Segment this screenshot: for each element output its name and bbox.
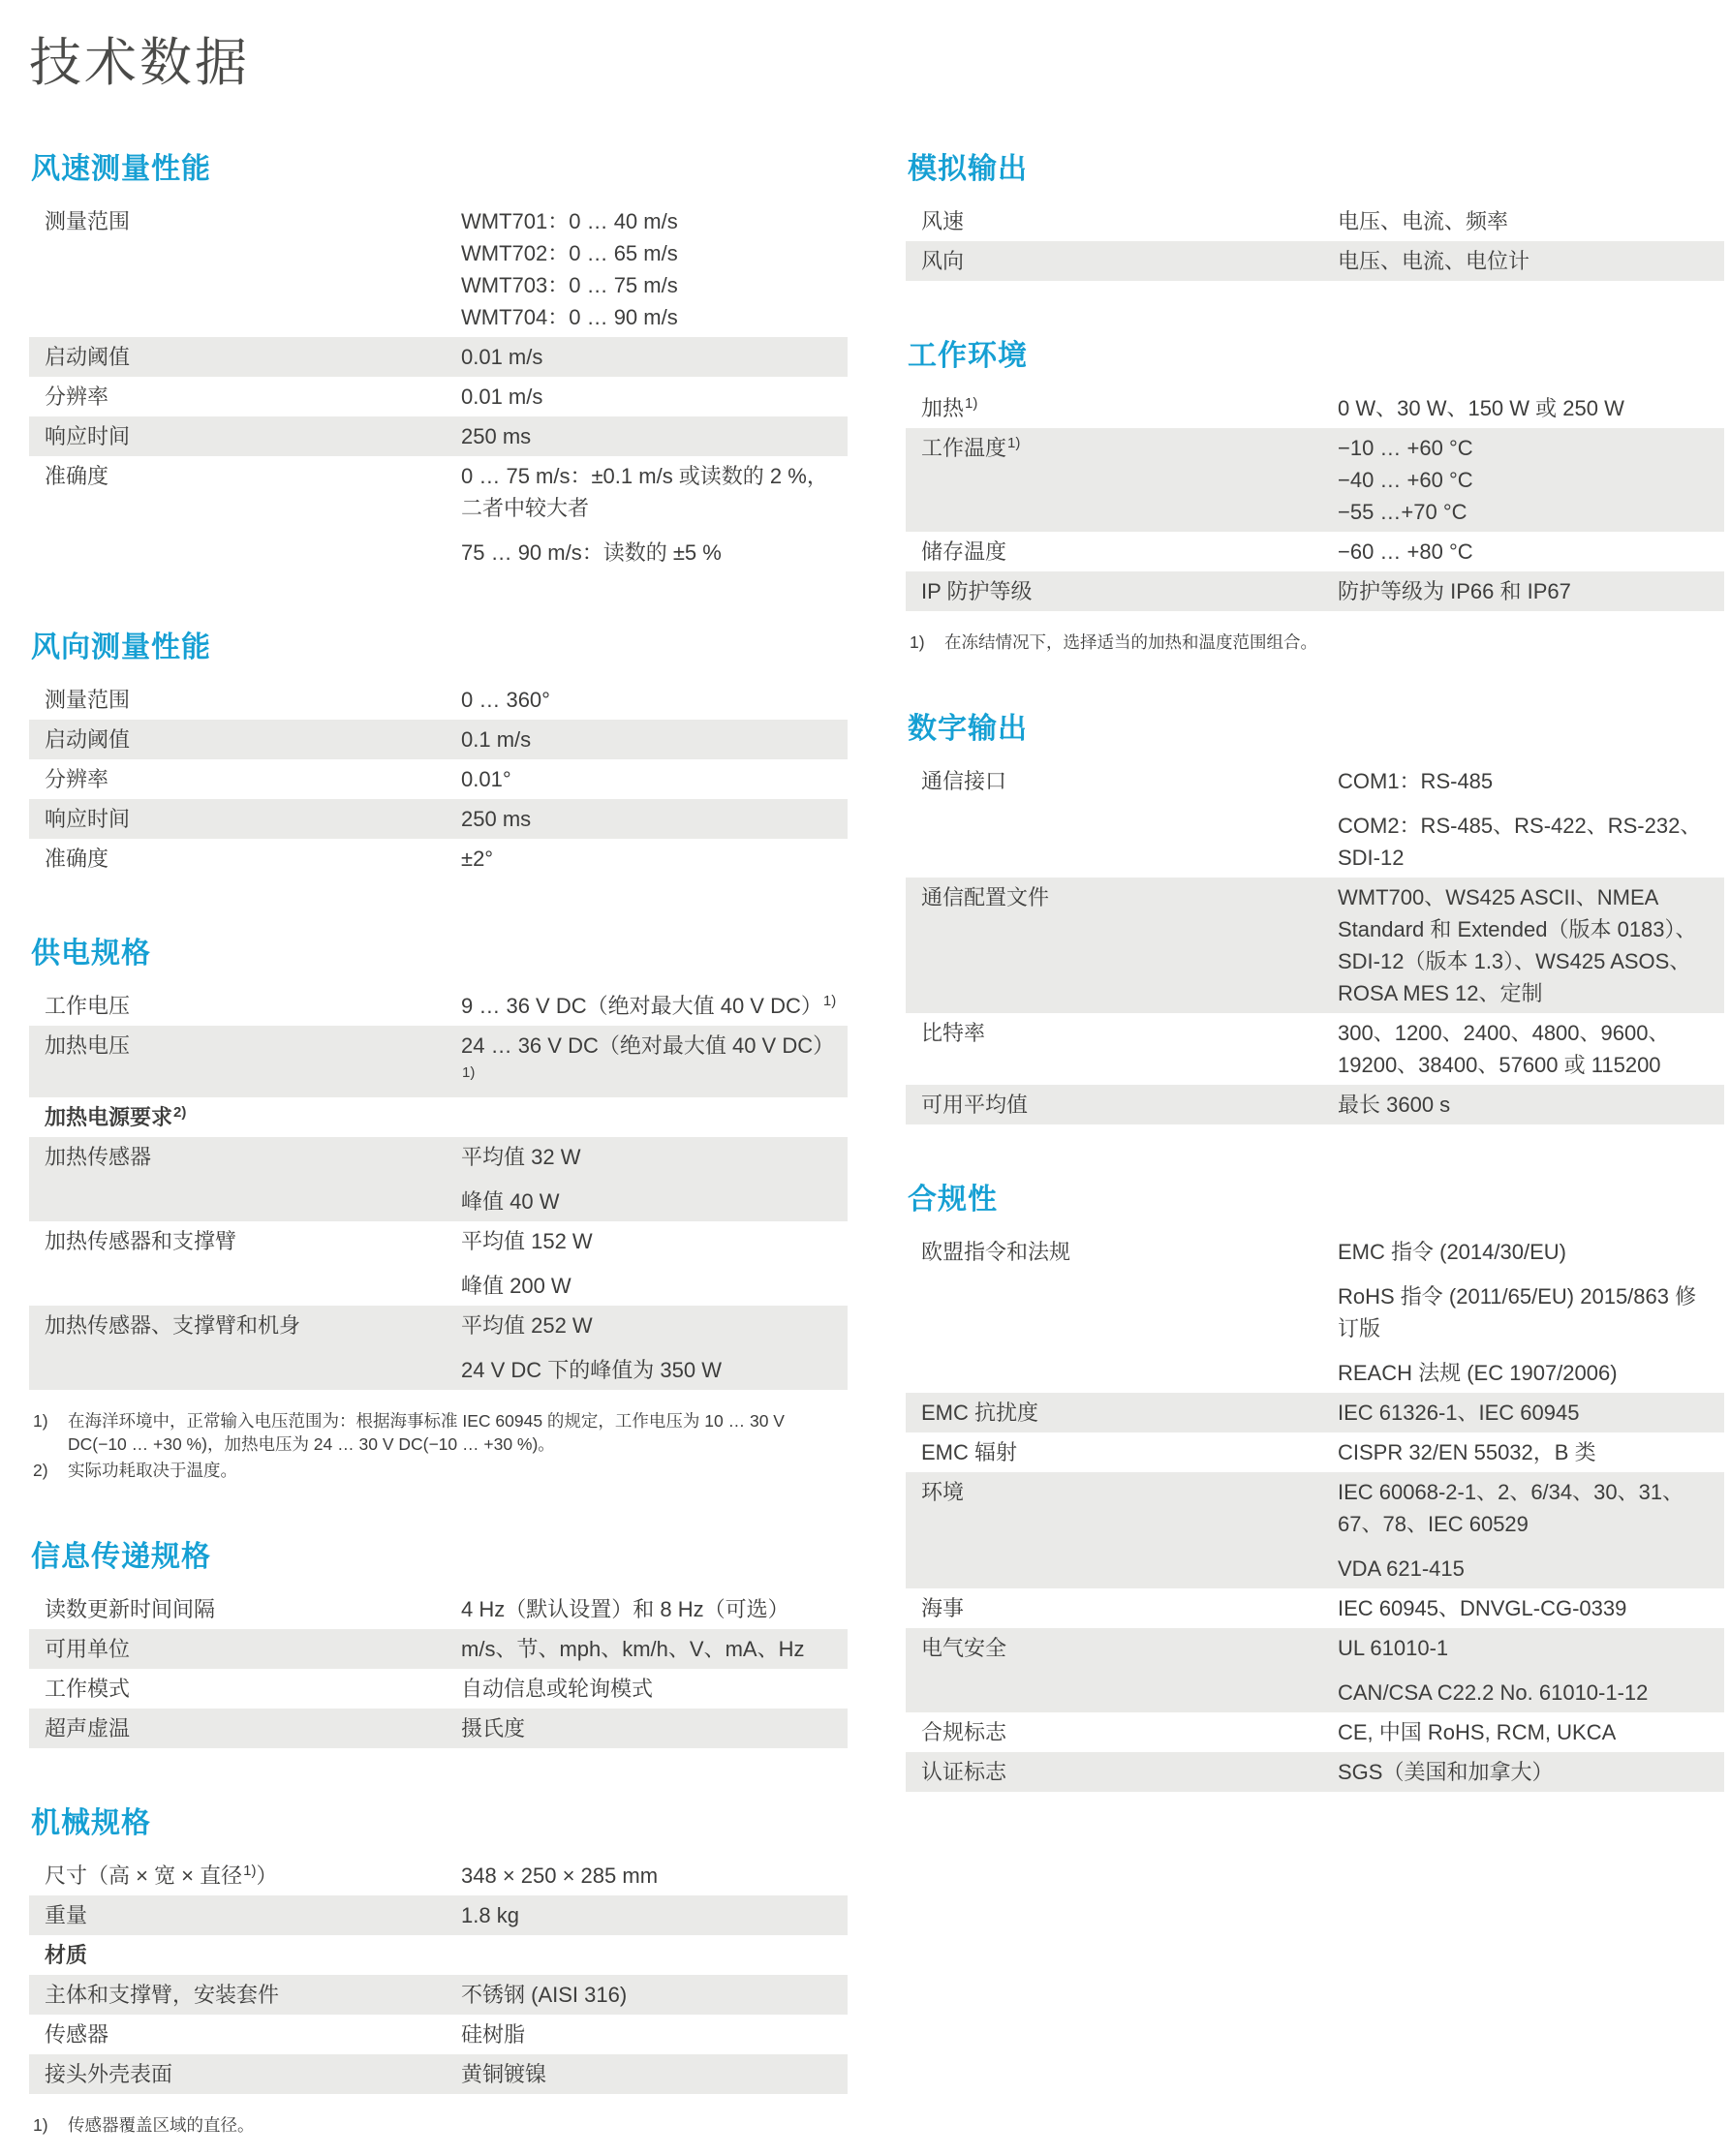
section-title: 风速测量性能 bbox=[31, 144, 848, 187]
value-line: 300、1200、2400、4800、9600、19200、38400、5760… bbox=[1338, 1017, 1715, 1081]
value-paragraph: COM2：RS-485、RS-422、RS-232、SDI-12 bbox=[1338, 810, 1715, 874]
section-title: 模拟输出 bbox=[908, 144, 1724, 187]
spec-label: EMC 辐射 bbox=[921, 1436, 1338, 1468]
value-text: CISPR 32/EN 55032，B 类 bbox=[1338, 1440, 1596, 1464]
spec-label-text: 电气安全 bbox=[921, 1636, 1006, 1660]
spec-value: WMT700、WS425 ASCII、NMEA Standard 和 Exten… bbox=[1338, 881, 1715, 1009]
value-line: 0 … 75 m/s：±0.1 m/s 或读数的 2 %，二者中较大者 bbox=[461, 460, 838, 524]
spec-value: 250 ms bbox=[461, 803, 838, 835]
footnote-text: 实际功耗取决于温度。 bbox=[68, 1459, 848, 1482]
page-title: 技术数据 bbox=[29, 21, 1723, 96]
spec-label: 合规标志 bbox=[921, 1716, 1338, 1748]
value-text: 0.01 m/s bbox=[461, 385, 542, 409]
value-text: 峰值 200 W bbox=[461, 1274, 572, 1298]
spec-label: 工作电压 bbox=[45, 990, 461, 1022]
spec-label: 加热传感器、支撑臂和机身 bbox=[45, 1309, 461, 1341]
value-line: WMT703：0 … 75 m/s bbox=[461, 269, 838, 301]
spec-value: 1.8 kg bbox=[461, 1899, 838, 1931]
value-text: 防护等级为 IP66 和 IP67 bbox=[1338, 579, 1571, 603]
value-paragraph: 硅树脂 bbox=[461, 2018, 838, 2050]
spec-label-text: 接头外壳表面 bbox=[45, 2062, 172, 2086]
spec-value: 电压、电流、电位计 bbox=[1338, 245, 1715, 277]
spec-label: 通信配置文件 bbox=[921, 881, 1338, 913]
spec-label-text: 分辨率 bbox=[45, 767, 108, 791]
value-text: 0 … 75 m/s：±0.1 m/s 或读数的 2 %，二者中较大者 bbox=[461, 464, 828, 520]
spec-label-text: 准确度 bbox=[45, 847, 108, 871]
value-text: RoHS 指令 (2011/65/EU) 2015/863 修订版 bbox=[1338, 1284, 1696, 1340]
spec-label: 电气安全 bbox=[921, 1632, 1338, 1664]
spec-value: 硅树脂 bbox=[461, 2018, 838, 2050]
spec-value: IEC 60945、DNVGL-CG-0339 bbox=[1338, 1592, 1715, 1624]
value-text: 0 … 360° bbox=[461, 688, 550, 712]
spec-row: 比特率300、1200、2400、4800、9600、19200、38400、5… bbox=[906, 1013, 1724, 1085]
value-text: 最长 3600 s bbox=[1338, 1093, 1450, 1117]
value-paragraph: 平均值 252 W bbox=[461, 1309, 838, 1341]
value-text: EMC 指令 (2014/30/EU) bbox=[1338, 1240, 1566, 1264]
spec-row: 分辨率0.01° bbox=[29, 759, 848, 799]
value-line: −55 …+70 °C bbox=[1338, 496, 1715, 528]
spec-section: 工作环境加热1)0 W、30 W、150 W 或 250 W工作温度1)−10 … bbox=[906, 331, 1724, 654]
spec-value: −10 … +60 °C−40 … +60 °C−55 …+70 °C bbox=[1338, 432, 1715, 528]
value-line: WMT704：0 … 90 m/s bbox=[461, 301, 838, 333]
value-paragraph: 75 … 90 m/s：读数的 ±5 % bbox=[461, 537, 838, 569]
value-line: 硅树脂 bbox=[461, 2018, 838, 2050]
value-paragraph: 自动信息或轮询模式 bbox=[461, 1673, 838, 1705]
spec-label-text: 尺寸（高 × 宽 × 直径 bbox=[45, 1863, 242, 1888]
section-title: 工作环境 bbox=[908, 331, 1724, 374]
spec-label: 分辨率 bbox=[45, 763, 461, 795]
value-line: 防护等级为 IP66 和 IP67 bbox=[1338, 575, 1715, 607]
value-paragraph: 0.01° bbox=[461, 763, 838, 795]
spec-label-text: 材质 bbox=[45, 1943, 87, 1967]
superscript-marker: 1) bbox=[822, 993, 836, 1009]
value-text: 250 ms bbox=[461, 424, 531, 448]
spec-label-text: 传感器 bbox=[45, 2022, 108, 2047]
value-paragraph: IEC 60945、DNVGL-CG-0339 bbox=[1338, 1592, 1715, 1624]
value-paragraph: IEC 60068-2-1、2、6/34、30、31、67、78、IEC 605… bbox=[1338, 1476, 1715, 1540]
spec-row: EMC 抗扰度IEC 61326-1、IEC 60945 bbox=[906, 1393, 1724, 1432]
spec-value: 防护等级为 IP66 和 IP67 bbox=[1338, 575, 1715, 607]
value-paragraph: 348 × 250 × 285 mm bbox=[461, 1860, 838, 1892]
value-text: WMT704：0 … 90 m/s bbox=[461, 305, 678, 329]
spec-row: 储存温度−60 … +80 °C bbox=[906, 532, 1724, 571]
spec-row: IP 防护等级防护等级为 IP66 和 IP67 bbox=[906, 571, 1724, 611]
value-line: 平均值 152 W bbox=[461, 1225, 838, 1257]
footnotes: 1)在海洋环境中，正常输入电压范围为：根据海事标准 IEC 60945 的规定，… bbox=[33, 1409, 848, 1482]
value-line: IEC 61326-1、IEC 60945 bbox=[1338, 1397, 1715, 1429]
spec-row: 重量1.8 kg bbox=[29, 1895, 848, 1935]
value-line: RoHS 指令 (2011/65/EU) 2015/863 修订版 bbox=[1338, 1280, 1715, 1344]
spec-row: 合规标志CE, 中国 RoHS, RCM, UKCA bbox=[906, 1712, 1724, 1752]
spec-label: 接头外壳表面 bbox=[45, 2058, 461, 2090]
value-line: 250 ms bbox=[461, 420, 838, 452]
value-text: 348 × 250 × 285 mm bbox=[461, 1863, 658, 1888]
spec-value: UL 61010-1CAN/CSA C22.2 No. 61010-1-12 bbox=[1338, 1632, 1715, 1709]
spec-label: 准确度 bbox=[45, 460, 461, 492]
spec-row: 测量范围WMT701：0 … 40 m/sWMT702：0 … 65 m/sWM… bbox=[29, 201, 848, 337]
value-paragraph: CAN/CSA C22.2 No. 61010-1-12 bbox=[1338, 1677, 1715, 1709]
value-text: m/s、节、mph、km/h、V、mA、Hz bbox=[461, 1637, 804, 1661]
spec-label: 风向 bbox=[921, 245, 1338, 277]
spec-row: 加热传感器平均值 32 W峰值 40 W bbox=[29, 1137, 848, 1221]
superscript-marker: 1) bbox=[1006, 435, 1020, 451]
spec-value: 0.1 m/s bbox=[461, 724, 838, 755]
value-line: 自动信息或轮询模式 bbox=[461, 1673, 838, 1705]
spec-row: 海事IEC 60945、DNVGL-CG-0339 bbox=[906, 1588, 1724, 1628]
spec-label-text: 比特率 bbox=[921, 1021, 985, 1045]
value-paragraph: 峰值 200 W bbox=[461, 1270, 838, 1302]
value-line: 电压、电流、电位计 bbox=[1338, 245, 1715, 277]
value-line: WMT702：0 … 65 m/s bbox=[461, 237, 838, 269]
spec-label: 通信接口 bbox=[921, 765, 1338, 797]
spec-label-text: 测量范围 bbox=[45, 209, 130, 233]
footnote: 1)在冻结情况下，选择适当的加热和温度范围组合。 bbox=[910, 631, 1724, 654]
spec-row: 工作温度1)−10 … +60 °C−40 … +60 °C−55 …+70 °… bbox=[906, 428, 1724, 532]
spec-row: 加热传感器和支撑臂平均值 152 W峰值 200 W bbox=[29, 1221, 848, 1306]
spec-label: 风速 bbox=[921, 205, 1338, 237]
footnote-marker: 1) bbox=[33, 1409, 68, 1456]
spec-label: EMC 抗扰度 bbox=[921, 1397, 1338, 1429]
value-line: WMT700、WS425 ASCII、NMEA Standard 和 Exten… bbox=[1338, 881, 1715, 1009]
spec-section: 合规性欧盟指令和法规EMC 指令 (2014/30/EU)RoHS 指令 (20… bbox=[906, 1175, 1724, 1792]
spec-label-text: 可用平均值 bbox=[921, 1093, 1028, 1117]
section-title: 机械规格 bbox=[31, 1799, 848, 1841]
section-title: 信息传递规格 bbox=[31, 1532, 848, 1575]
value-text: ±2° bbox=[461, 847, 493, 871]
value-line: 1.8 kg bbox=[461, 1899, 838, 1931]
spec-section: 风向测量性能测量范围0 … 360°启动阈值0.1 m/s分辨率0.01°响应时… bbox=[29, 623, 848, 878]
value-paragraph: SGS（美国和加拿大） bbox=[1338, 1756, 1715, 1788]
spec-label: 准确度 bbox=[45, 843, 461, 875]
value-text: 0.01 m/s bbox=[461, 345, 542, 369]
value-line: 不锈钢 (AISI 316) bbox=[461, 1979, 838, 2011]
value-text: 24 V DC 下的峰值为 350 W bbox=[461, 1358, 722, 1382]
spec-label: 环境 bbox=[921, 1476, 1338, 1508]
spec-row: 加热电压24 … 36 V DC（绝对最大值 40 V DC）1) bbox=[29, 1026, 848, 1097]
value-text: SGS（美国和加拿大） bbox=[1338, 1760, 1553, 1784]
footnote-marker: 1) bbox=[910, 631, 944, 654]
spec-value: 4 Hz（默认设置）和 8 Hz（可选） bbox=[461, 1593, 838, 1625]
spec-label: 传感器 bbox=[45, 2018, 461, 2050]
spec-row: EMC 辐射CISPR 32/EN 55032，B 类 bbox=[906, 1432, 1724, 1472]
spec-row: 分辨率0.01 m/s bbox=[29, 377, 848, 416]
spec-row: 风速电压、电流、频率 bbox=[906, 201, 1724, 241]
spec-label-text: 储存温度 bbox=[921, 539, 1006, 564]
value-line: COM1：RS-485 bbox=[1338, 765, 1715, 797]
value-text: 0.01° bbox=[461, 767, 511, 791]
spec-label: 海事 bbox=[921, 1592, 1338, 1624]
value-paragraph: 0 … 75 m/s：±0.1 m/s 或读数的 2 %，二者中较大者 bbox=[461, 460, 838, 524]
value-text: IEC 60068-2-1、2、6/34、30、31、67、78、IEC 605… bbox=[1338, 1480, 1684, 1536]
spec-label-text: 加热 bbox=[921, 396, 964, 420]
value-paragraph: 电压、电流、频率 bbox=[1338, 205, 1715, 237]
spec-row: 超声虚温摄氏度 bbox=[29, 1709, 848, 1748]
spec-row: 接头外壳表面黄铜镀镍 bbox=[29, 2054, 848, 2094]
value-text: 电压、电流、频率 bbox=[1338, 209, 1508, 233]
value-text: VDA 621-415 bbox=[1338, 1556, 1465, 1581]
value-line: 黄铜镀镍 bbox=[461, 2058, 838, 2090]
spec-label: 分辨率 bbox=[45, 381, 461, 413]
value-text: 黄铜镀镍 bbox=[461, 2062, 546, 2086]
value-paragraph: COM1：RS-485 bbox=[1338, 765, 1715, 797]
value-line: 峰值 40 W bbox=[461, 1186, 838, 1217]
value-paragraph: CISPR 32/EN 55032，B 类 bbox=[1338, 1436, 1715, 1468]
spec-label: 欧盟指令和法规 bbox=[921, 1236, 1338, 1268]
value-text: WMT700、WS425 ASCII、NMEA Standard 和 Exten… bbox=[1338, 885, 1697, 1005]
section-title: 供电规格 bbox=[31, 929, 848, 971]
value-text: CAN/CSA C22.2 No. 61010-1-12 bbox=[1338, 1680, 1648, 1705]
spec-row: 材质 bbox=[29, 1935, 848, 1975]
spec-value: 300、1200、2400、4800、9600、19200、38400、5760… bbox=[1338, 1017, 1715, 1081]
spec-row: 响应时间250 ms bbox=[29, 416, 848, 456]
spec-value: m/s、节、mph、km/h、V、mA、Hz bbox=[461, 1633, 838, 1665]
value-line: REACH 法规 (EC 1907/2006) bbox=[1338, 1357, 1715, 1389]
spec-row: 风向电压、电流、电位计 bbox=[906, 241, 1724, 281]
value-text: 0.1 m/s bbox=[461, 727, 531, 752]
value-text: COM1：RS-485 bbox=[1338, 769, 1493, 793]
spec-label: 测量范围 bbox=[45, 684, 461, 716]
value-text: 不锈钢 (AISI 316) bbox=[461, 1983, 627, 2007]
spec-value: 0.01° bbox=[461, 763, 838, 795]
footnotes: 1)传感器覆盖区域的直径。 bbox=[33, 2113, 848, 2137]
value-paragraph: 300、1200、2400、4800、9600、19200、38400、5760… bbox=[1338, 1017, 1715, 1081]
value-text: 0 W、30 W、150 W 或 250 W bbox=[1338, 396, 1624, 420]
value-line: 峰值 200 W bbox=[461, 1270, 838, 1302]
superscript-marker: 1) bbox=[461, 1064, 475, 1081]
value-line: 最长 3600 s bbox=[1338, 1089, 1715, 1121]
value-paragraph: REACH 法规 (EC 1907/2006) bbox=[1338, 1357, 1715, 1389]
spec-label-text: 工作模式 bbox=[45, 1677, 130, 1701]
spec-label-text: 读数更新时间间隔 bbox=[45, 1597, 215, 1621]
spec-row: 欧盟指令和法规EMC 指令 (2014/30/EU)RoHS 指令 (2011/… bbox=[906, 1232, 1724, 1393]
value-line: COM2：RS-485、RS-422、RS-232、SDI-12 bbox=[1338, 810, 1715, 874]
value-text: 平均值 32 W bbox=[461, 1145, 580, 1169]
spec-label-text: 启动阈值 bbox=[45, 727, 130, 752]
spec-label-text: 分辨率 bbox=[45, 385, 108, 409]
spec-row: 工作模式自动信息或轮询模式 bbox=[29, 1669, 848, 1709]
value-paragraph: 平均值 32 W bbox=[461, 1141, 838, 1173]
footnote-text: 在冻结情况下，选择适当的加热和温度范围组合。 bbox=[944, 631, 1724, 654]
left-column: 风速测量性能测量范围WMT701：0 … 40 m/sWMT702：0 … 65… bbox=[29, 144, 848, 2137]
spec-value: 0.01 m/s bbox=[461, 341, 838, 373]
value-line: 电压、电流、频率 bbox=[1338, 205, 1715, 237]
spec-label-text: 主体和支撑臂，安装套件 bbox=[45, 1983, 279, 2007]
spec-label-text: 工作电压 bbox=[45, 994, 130, 1018]
spec-label: 尺寸（高 × 宽 × 直径1)） bbox=[45, 1860, 461, 1892]
spec-label: 测量范围 bbox=[45, 205, 461, 237]
spec-label: 比特率 bbox=[921, 1017, 1338, 1049]
spec-section: 风速测量性能测量范围WMT701：0 … 40 m/sWMT702：0 … 65… bbox=[29, 144, 848, 572]
value-line: −40 … +60 °C bbox=[1338, 464, 1715, 496]
spec-label-text: 可用单位 bbox=[45, 1637, 130, 1661]
spec-label: 可用单位 bbox=[45, 1633, 461, 1665]
value-text: UL 61010-1 bbox=[1338, 1636, 1448, 1660]
spec-label: 启动阈值 bbox=[45, 724, 461, 755]
spec-label: 加热传感器和支撑臂 bbox=[45, 1225, 461, 1257]
value-paragraph: 9 … 36 V DC（绝对最大值 40 V DC）1) bbox=[461, 990, 838, 1022]
value-line: VDA 621-415 bbox=[1338, 1553, 1715, 1585]
spec-label: 工作模式 bbox=[45, 1673, 461, 1705]
value-text: IEC 61326-1、IEC 60945 bbox=[1338, 1401, 1580, 1425]
spec-section: 数字输出通信接口COM1：RS-485COM2：RS-485、RS-422、RS… bbox=[906, 704, 1724, 1124]
footnotes: 1)在冻结情况下，选择适当的加热和温度范围组合。 bbox=[910, 631, 1724, 654]
value-line: −10 … +60 °C bbox=[1338, 432, 1715, 464]
spec-row: 通信接口COM1：RS-485COM2：RS-485、RS-422、RS-232… bbox=[906, 761, 1724, 878]
spec-value: IEC 60068-2-1、2、6/34、30、31、67、78、IEC 605… bbox=[1338, 1476, 1715, 1585]
superscript-marker: 1) bbox=[242, 1863, 256, 1879]
spec-value: −60 … +80 °C bbox=[1338, 536, 1715, 568]
value-line: 0.1 m/s bbox=[461, 724, 838, 755]
value-paragraph: 0.1 m/s bbox=[461, 724, 838, 755]
spec-row: 传感器硅树脂 bbox=[29, 2015, 848, 2054]
spec-row: 认证标志SGS（美国和加拿大） bbox=[906, 1752, 1724, 1792]
section-title: 合规性 bbox=[908, 1175, 1724, 1217]
spec-label-text: 加热电源要求 bbox=[45, 1105, 172, 1129]
spec-value: 平均值 252 W24 V DC 下的峰值为 350 W bbox=[461, 1309, 838, 1386]
value-text: 峰值 40 W bbox=[461, 1189, 559, 1214]
footnote: 1)传感器覆盖区域的直径。 bbox=[33, 2113, 848, 2137]
spec-value: WMT701：0 … 40 m/sWMT702：0 … 65 m/sWMT703… bbox=[461, 205, 838, 333]
spec-label: 储存温度 bbox=[921, 536, 1338, 568]
value-paragraph: EMC 指令 (2014/30/EU) bbox=[1338, 1236, 1715, 1268]
value-paragraph: 1.8 kg bbox=[461, 1899, 838, 1931]
value-line: SGS（美国和加拿大） bbox=[1338, 1756, 1715, 1788]
value-text: WMT702：0 … 65 m/s bbox=[461, 241, 678, 265]
spec-label: 认证标志 bbox=[921, 1756, 1338, 1788]
spec-row: 响应时间250 ms bbox=[29, 799, 848, 839]
value-text: −60 … +80 °C bbox=[1338, 539, 1473, 564]
spec-row: 工作电压9 … 36 V DC（绝对最大值 40 V DC）1) bbox=[29, 986, 848, 1026]
value-paragraph: 0 … 360° bbox=[461, 684, 838, 716]
value-paragraph: ±2° bbox=[461, 843, 838, 875]
value-paragraph: 250 ms bbox=[461, 420, 838, 452]
value-text: 4 Hz（默认设置）和 8 Hz（可选） bbox=[461, 1597, 789, 1621]
spec-label-text: 加热电压 bbox=[45, 1033, 130, 1058]
spec-label-text: 海事 bbox=[921, 1596, 964, 1620]
value-line: 250 ms bbox=[461, 803, 838, 835]
value-paragraph: CE, 中国 RoHS, RCM, UKCA bbox=[1338, 1716, 1715, 1748]
value-line: UL 61010-1 bbox=[1338, 1632, 1715, 1664]
value-line: 75 … 90 m/s：读数的 ±5 % bbox=[461, 537, 838, 569]
value-line: m/s、节、mph、km/h、V、mA、Hz bbox=[461, 1633, 838, 1665]
value-text: 平均值 152 W bbox=[461, 1229, 593, 1253]
footnote-text: 传感器覆盖区域的直径。 bbox=[68, 2113, 848, 2137]
value-text: −10 … +60 °C bbox=[1338, 436, 1473, 460]
spec-row: 加热传感器、支撑臂和机身平均值 252 W24 V DC 下的峰值为 350 W bbox=[29, 1306, 848, 1390]
value-text: 自动信息或轮询模式 bbox=[461, 1677, 653, 1701]
value-paragraph: 24 … 36 V DC（绝对最大值 40 V DC）1) bbox=[461, 1030, 838, 1093]
spec-label-text: 加热传感器、支撑臂和机身 bbox=[45, 1313, 300, 1338]
spec-row: 准确度0 … 75 m/s：±0.1 m/s 或读数的 2 %，二者中较大者75… bbox=[29, 456, 848, 572]
value-paragraph: IEC 61326-1、IEC 60945 bbox=[1338, 1397, 1715, 1429]
footnote-marker: 2) bbox=[33, 1459, 68, 1482]
spec-label: 加热电压 bbox=[45, 1030, 461, 1062]
value-paragraph: 电压、电流、电位计 bbox=[1338, 245, 1715, 277]
spec-value: 9 … 36 V DC（绝对最大值 40 V DC）1) bbox=[461, 990, 838, 1022]
spec-label: 主体和支撑臂，安装套件 bbox=[45, 1979, 461, 2011]
value-text: 300、1200、2400、4800、9600、19200、38400、5760… bbox=[1338, 1021, 1669, 1077]
value-text: WMT701：0 … 40 m/s bbox=[461, 209, 678, 233]
spec-label: 超声虚温 bbox=[45, 1712, 461, 1744]
spec-value: 不锈钢 (AISI 316) bbox=[461, 1979, 838, 2011]
spec-row: 可用单位m/s、节、mph、km/h、V、mA、Hz bbox=[29, 1629, 848, 1669]
spec-label: 加热1) bbox=[921, 392, 1338, 424]
value-paragraph: RoHS 指令 (2011/65/EU) 2015/863 修订版 bbox=[1338, 1280, 1715, 1344]
spec-section: 供电规格工作电压9 … 36 V DC（绝对最大值 40 V DC）1)加热电压… bbox=[29, 929, 848, 1482]
value-line: 0.01 m/s bbox=[461, 341, 838, 373]
section-title: 数字输出 bbox=[908, 704, 1724, 747]
value-text: 24 … 36 V DC（绝对最大值 40 V DC） bbox=[461, 1033, 834, 1058]
spec-value: 0 … 75 m/s：±0.1 m/s 或读数的 2 %，二者中较大者75 … … bbox=[461, 460, 838, 569]
spec-label: 加热传感器 bbox=[45, 1141, 461, 1173]
spec-value: SGS（美国和加拿大） bbox=[1338, 1756, 1715, 1788]
spec-value: 最长 3600 s bbox=[1338, 1089, 1715, 1121]
spec-value: 0 … 360° bbox=[461, 684, 838, 716]
value-line: 平均值 32 W bbox=[461, 1141, 838, 1173]
spec-label-text: IP 防护等级 bbox=[921, 579, 1033, 603]
spec-label-text: 通信配置文件 bbox=[921, 885, 1049, 909]
value-text: −55 …+70 °C bbox=[1338, 500, 1467, 524]
spec-value: CE, 中国 RoHS, RCM, UKCA bbox=[1338, 1716, 1715, 1748]
spec-section: 模拟输出风速电压、电流、频率风向电压、电流、电位计 bbox=[906, 144, 1724, 281]
value-paragraph: 最长 3600 s bbox=[1338, 1089, 1715, 1121]
spec-row: 读数更新时间间隔4 Hz（默认设置）和 8 Hz（可选） bbox=[29, 1589, 848, 1629]
value-paragraph: VDA 621-415 bbox=[1338, 1553, 1715, 1585]
value-text: 平均值 252 W bbox=[461, 1313, 593, 1338]
spec-value: 0.01 m/s bbox=[461, 381, 838, 413]
value-paragraph: 峰值 40 W bbox=[461, 1186, 838, 1217]
value-line: IEC 60945、DNVGL-CG-0339 bbox=[1338, 1592, 1715, 1624]
spec-value: 摄氏度 bbox=[461, 1712, 838, 1744]
spec-value: 348 × 250 × 285 mm bbox=[461, 1860, 838, 1892]
value-paragraph: 250 ms bbox=[461, 803, 838, 835]
spec-row: 启动阈值0.1 m/s bbox=[29, 720, 848, 759]
value-line: 4 Hz（默认设置）和 8 Hz（可选） bbox=[461, 1593, 838, 1625]
value-text: 250 ms bbox=[461, 807, 531, 831]
value-line: 0 W、30 W、150 W 或 250 W bbox=[1338, 392, 1715, 424]
spec-row: 准确度±2° bbox=[29, 839, 848, 878]
value-paragraph: WMT701：0 … 40 m/sWMT702：0 … 65 m/sWMT703… bbox=[461, 205, 838, 333]
footnote: 1)在海洋环境中，正常输入电压范围为：根据海事标准 IEC 60945 的规定，… bbox=[33, 1409, 848, 1456]
value-line: 摄氏度 bbox=[461, 1712, 838, 1744]
value-paragraph: m/s、节、mph、km/h、V、mA、Hz bbox=[461, 1633, 838, 1665]
spec-label-text: 测量范围 bbox=[45, 688, 130, 712]
value-paragraph: −60 … +80 °C bbox=[1338, 536, 1715, 568]
spec-label: 启动阈值 bbox=[45, 341, 461, 373]
value-paragraph: 平均值 152 W bbox=[461, 1225, 838, 1257]
spec-section: 机械规格尺寸（高 × 宽 × 直径1)）348 × 250 × 285 mm重量… bbox=[29, 1799, 848, 2137]
value-text: 摄氏度 bbox=[461, 1716, 525, 1740]
value-paragraph: −10 … +60 °C−40 … +60 °C−55 …+70 °C bbox=[1338, 432, 1715, 528]
spec-label: IP 防护等级 bbox=[921, 575, 1338, 607]
value-text: 1.8 kg bbox=[461, 1903, 519, 1927]
spec-row: 测量范围0 … 360° bbox=[29, 680, 848, 720]
spec-label: 响应时间 bbox=[45, 420, 461, 452]
spec-row: 电气安全UL 61010-1CAN/CSA C22.2 No. 61010-1-… bbox=[906, 1628, 1724, 1712]
value-line: 0.01 m/s bbox=[461, 381, 838, 413]
spec-label-text: 超声虚温 bbox=[45, 1716, 130, 1740]
spec-label-text: 合规标志 bbox=[921, 1720, 1006, 1744]
spec-label: 可用平均值 bbox=[921, 1089, 1338, 1121]
spec-row: 尺寸（高 × 宽 × 直径1)）348 × 250 × 285 mm bbox=[29, 1856, 848, 1895]
footnote-marker: 1) bbox=[33, 2113, 68, 2137]
value-line: CE, 中国 RoHS, RCM, UKCA bbox=[1338, 1716, 1715, 1748]
spec-value: 平均值 32 W峰值 40 W bbox=[461, 1141, 838, 1217]
spec-value: COM1：RS-485COM2：RS-485、RS-422、RS-232、SDI… bbox=[1338, 765, 1715, 874]
value-text: WMT703：0 … 75 m/s bbox=[461, 273, 678, 297]
content-columns: 风速测量性能测量范围WMT701：0 … 40 m/sWMT702：0 … 65… bbox=[29, 144, 1723, 2137]
value-text: COM2：RS-485、RS-422、RS-232、SDI-12 bbox=[1338, 814, 1701, 870]
